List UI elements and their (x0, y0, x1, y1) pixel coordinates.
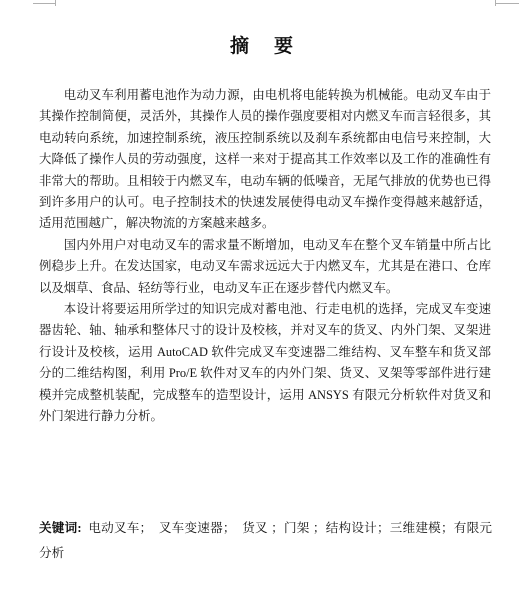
frame-corner-mark-left-tick (55, 0, 56, 6)
keywords-label: 关键词: (39, 521, 85, 535)
abstract-body: 电动叉车利用蓄电池作为动力源，由电机将电能转换为机械能。电动叉车由于其操作控制简… (39, 85, 491, 428)
frame-corner-mark-right (496, 3, 519, 4)
keywords-line: 关键词: 电动叉车； 叉车变速器； 货叉 ；门架 ；结构设计；三维建模；有限元分… (39, 516, 492, 566)
keywords-text: 电动叉车； 叉车变速器； 货叉 ；门架 ；结构设计；三维建模；有限元分析 (39, 521, 492, 560)
abstract-paragraph-1: 电动叉车利用蓄电池作为动力源，由电机将电能转换为机械能。电动叉车由于其操作控制简… (39, 85, 491, 235)
abstract-paragraph-3: 本设计将要运用所学过的知识完成对蓄电池、行走电机的选择，完成叉车变速器齿轮、轴、… (39, 299, 491, 427)
abstract-title: 摘 要 (0, 0, 526, 58)
frame-corner-mark-left (33, 3, 56, 4)
abstract-paragraph-2: 国内外用户对电动叉车的需求量不断增加，电动叉车在整个叉车销量中所占比例稳步上升。… (39, 235, 491, 299)
abstract-page: 摘 要 电动叉车利用蓄电池作为动力源，由电机将电能转换为机械能。电动叉车由于其操… (0, 0, 526, 602)
frame-corner-mark-right-tick (495, 0, 496, 6)
